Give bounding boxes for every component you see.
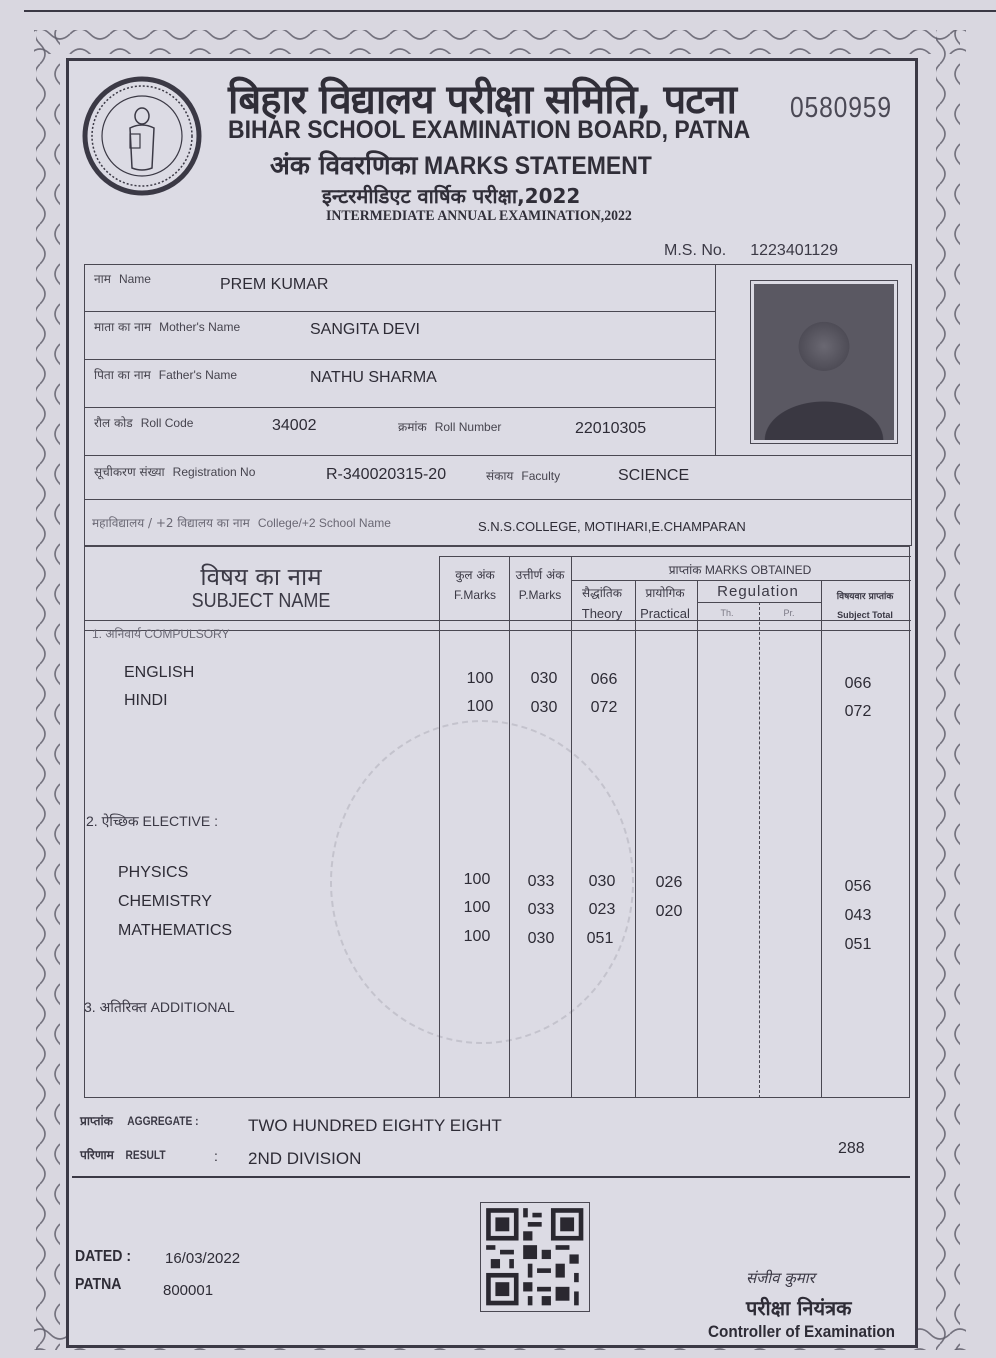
aggregate-words: TWO HUNDRED EIGHTY EIGHT bbox=[248, 1116, 502, 1136]
subject-total: 066 bbox=[828, 675, 888, 693]
aggregate-total: 288 bbox=[838, 1140, 865, 1158]
subject-name: CHEMISTRY bbox=[118, 893, 212, 911]
subject-name: HINDI bbox=[124, 692, 168, 710]
roll-code-label-en: Roll Code bbox=[141, 416, 194, 430]
board-seal-emblem bbox=[82, 76, 202, 196]
father-label-en: Father's Name bbox=[159, 368, 237, 382]
col-divider bbox=[759, 602, 760, 1098]
photo-image bbox=[754, 284, 894, 440]
father-name-label: पिता का नामFather's Name bbox=[94, 366, 237, 383]
pass-marks-header: P.Marks bbox=[508, 588, 572, 602]
college-label-en: College/+2 School Name bbox=[258, 516, 391, 530]
faculty: SCIENCE bbox=[618, 467, 689, 485]
registration-label: सूचीकरण संख्याRegistration No bbox=[94, 463, 255, 480]
col-divider bbox=[439, 556, 440, 1098]
pass-marks: 033 bbox=[511, 901, 571, 919]
marks-obtained-header: प्राप्तांक MARKS OBTAINED bbox=[570, 561, 910, 578]
college-label: महाविद्यालय / +2 विद्यालय का नामCollege/… bbox=[92, 514, 391, 531]
section-compulsory: 1. अनिवार्य COMPULSORY bbox=[92, 625, 229, 642]
theory-marks: 051 bbox=[570, 930, 630, 948]
college-label-hi: महाविद्यालय / +2 विद्यालय का नाम bbox=[92, 516, 250, 530]
subject-header-hindi: विषय का नाम bbox=[84, 560, 438, 593]
roll-number-label-en: Roll Number bbox=[435, 420, 502, 434]
name-label: नामName bbox=[94, 270, 151, 287]
roll-number-label-hi: क्रमांक bbox=[398, 420, 427, 434]
theory-header-hindi: सैद्धांतिक bbox=[570, 584, 634, 601]
result-label-hi: परिणाम bbox=[80, 1148, 114, 1162]
col-divider bbox=[571, 556, 572, 1098]
col-divider bbox=[821, 580, 822, 1098]
full-marks: 100 bbox=[450, 670, 510, 688]
theory-marks: 023 bbox=[572, 901, 632, 919]
subject-name: MATHEMATICS bbox=[118, 922, 232, 940]
marks-obtained-english: MARKS OBTAINED bbox=[705, 563, 811, 577]
roll-code-label-hi: रौल कोड bbox=[94, 416, 133, 430]
regulation-header: Regulation bbox=[696, 583, 820, 600]
subject-total-header: Subject Total bbox=[820, 610, 910, 620]
controller-signature: संजीव कुमार bbox=[746, 1268, 815, 1288]
result-label-en: RESULT bbox=[125, 1148, 165, 1162]
theory-marks: 072 bbox=[574, 699, 634, 717]
controller-title-english: Controller of Examination bbox=[708, 1322, 895, 1342]
result-value: 2ND DIVISION bbox=[248, 1149, 361, 1169]
section-elective: 2. ऐच्छिक ELECTIVE : bbox=[86, 812, 218, 831]
row-divider bbox=[85, 359, 715, 361]
issue-date: 16/03/2022 bbox=[165, 1250, 240, 1267]
board-name-english: BIHAR SCHOOL EXAMINATION BOARD, PATNA bbox=[228, 116, 750, 145]
aggregate-label: प्राप्तांकAGGREGATE : bbox=[80, 1112, 205, 1129]
subject-name: PHYSICS bbox=[118, 864, 188, 882]
subject-total-header-hindi: विषयवार प्राप्तांक bbox=[820, 589, 910, 602]
practical-header: Practical bbox=[634, 606, 696, 621]
roll-number-label: क्रमांकRoll Number bbox=[398, 418, 501, 435]
outer-border-line bbox=[24, 10, 996, 13]
pass-marks: 030 bbox=[511, 930, 571, 948]
col-divider bbox=[509, 556, 510, 1098]
theory-marks: 066 bbox=[574, 671, 634, 689]
student-photo bbox=[750, 280, 898, 444]
row-divider bbox=[85, 311, 715, 313]
subject-name: ENGLISH bbox=[124, 664, 194, 682]
mother-name: SANGITA DEVI bbox=[310, 321, 420, 339]
faculty-label-hi: संकाय bbox=[486, 469, 513, 483]
statement-title-hindi: अंक विवरणिका bbox=[270, 151, 417, 181]
full-marks: 100 bbox=[447, 871, 507, 889]
qr-code-graphic bbox=[481, 1203, 589, 1311]
statement-title-english: MARKS STATEMENT bbox=[424, 152, 652, 181]
mother-label-en: Mother's Name bbox=[159, 320, 240, 334]
subject-header-english: SUBJECT NAME bbox=[102, 590, 421, 613]
row-divider bbox=[85, 455, 911, 457]
col-divider bbox=[635, 580, 636, 1098]
ms-number-value: 1223401129 bbox=[750, 242, 838, 259]
full-marks: 100 bbox=[447, 928, 507, 946]
subject-total: 072 bbox=[828, 703, 888, 721]
aggregate-label-hi: प्राप्तांक bbox=[80, 1114, 113, 1128]
theory-header: Theory bbox=[570, 606, 634, 621]
roll-code: 34002 bbox=[272, 417, 317, 435]
qr-code bbox=[480, 1202, 590, 1312]
table-top-border bbox=[84, 546, 910, 548]
college-name: S.N.S.COLLEGE, MOTIHARI,E.CHAMPARAN bbox=[478, 519, 746, 534]
full-marks-header-hindi: कुल अंक bbox=[440, 566, 510, 583]
exam-name-hindi: इन्टरमीडिएट वार्षिक परीक्षा,2022 bbox=[322, 182, 580, 209]
exam-name-english: INTERMEDIATE ANNUAL EXAMINATION,2022 bbox=[326, 208, 632, 225]
father-name: NATHU SHARMA bbox=[310, 369, 437, 387]
registration-label-hi: सूचीकरण संख्या bbox=[94, 465, 165, 479]
row-divider bbox=[697, 602, 821, 604]
pincode: 800001 bbox=[163, 1282, 213, 1299]
roll-number: 22010305 bbox=[575, 420, 646, 438]
ms-number: M.S. No.1223401129 bbox=[664, 242, 838, 260]
mother-label-hi: माता का नाम bbox=[94, 320, 151, 334]
regulation-practical-header: Pr. bbox=[758, 608, 820, 618]
faculty-label: संकायFaculty bbox=[486, 467, 560, 484]
faculty-label-en: Faculty bbox=[521, 469, 560, 483]
statement-title: अंक विवरणिका MARKS STATEMENT bbox=[270, 146, 672, 182]
regulation-theory-header: Th. bbox=[696, 608, 758, 618]
row-divider bbox=[571, 580, 911, 582]
pass-marks: 030 bbox=[514, 670, 574, 688]
registration-label-en: Registration No bbox=[173, 465, 256, 479]
subject-total: 043 bbox=[828, 907, 888, 925]
dated-label: DATED : bbox=[75, 1248, 131, 1266]
row-divider bbox=[85, 499, 911, 501]
controller-title-hindi: परीक्षा नियंत्रक bbox=[746, 1294, 851, 1321]
result-colon: : bbox=[214, 1148, 218, 1164]
row-divider bbox=[85, 407, 715, 409]
father-label-hi: पिता का नाम bbox=[94, 368, 151, 382]
practical-marks: 020 bbox=[639, 903, 699, 921]
serial-number: 0580959 bbox=[790, 92, 892, 125]
full-marks: 100 bbox=[450, 698, 510, 716]
name-label-hi: नाम bbox=[94, 272, 111, 286]
place: PATNA bbox=[75, 1276, 121, 1294]
theory-marks: 030 bbox=[572, 873, 632, 891]
subject-total: 056 bbox=[828, 878, 888, 896]
row-divider bbox=[85, 620, 911, 622]
aggregate-result-block bbox=[72, 1098, 910, 1178]
practical-header-hindi: प्रायोगिक bbox=[634, 584, 696, 601]
practical-marks: 026 bbox=[639, 874, 699, 892]
roll-code-label: रौल कोडRoll Code bbox=[94, 414, 193, 431]
ms-number-label: M.S. No. bbox=[664, 242, 726, 259]
marks-obtained-hindi: प्राप्तांक bbox=[669, 563, 702, 577]
aggregate-label-en: AGGREGATE : bbox=[127, 1114, 198, 1128]
pass-marks-header-hindi: उत्तीर्ण अंक bbox=[508, 566, 572, 583]
result-label: परिणामRESULT bbox=[80, 1146, 169, 1163]
registration-number: R-340020315-20 bbox=[326, 466, 446, 484]
student-name: PREM KUMAR bbox=[220, 276, 328, 294]
section-additional: 3. अतिरिक्त ADDITIONAL bbox=[84, 998, 235, 1017]
pass-marks: 033 bbox=[511, 873, 571, 891]
full-marks-header: F.Marks bbox=[440, 588, 510, 602]
col-divider bbox=[715, 265, 716, 455]
subject-total: 051 bbox=[828, 936, 888, 954]
pass-marks: 030 bbox=[514, 699, 574, 717]
row-divider bbox=[439, 556, 911, 558]
name-label-en: Name bbox=[119, 272, 151, 286]
col-divider bbox=[697, 580, 698, 1098]
full-marks: 100 bbox=[447, 899, 507, 917]
mother-name-label: माता का नामMother's Name bbox=[94, 318, 240, 335]
